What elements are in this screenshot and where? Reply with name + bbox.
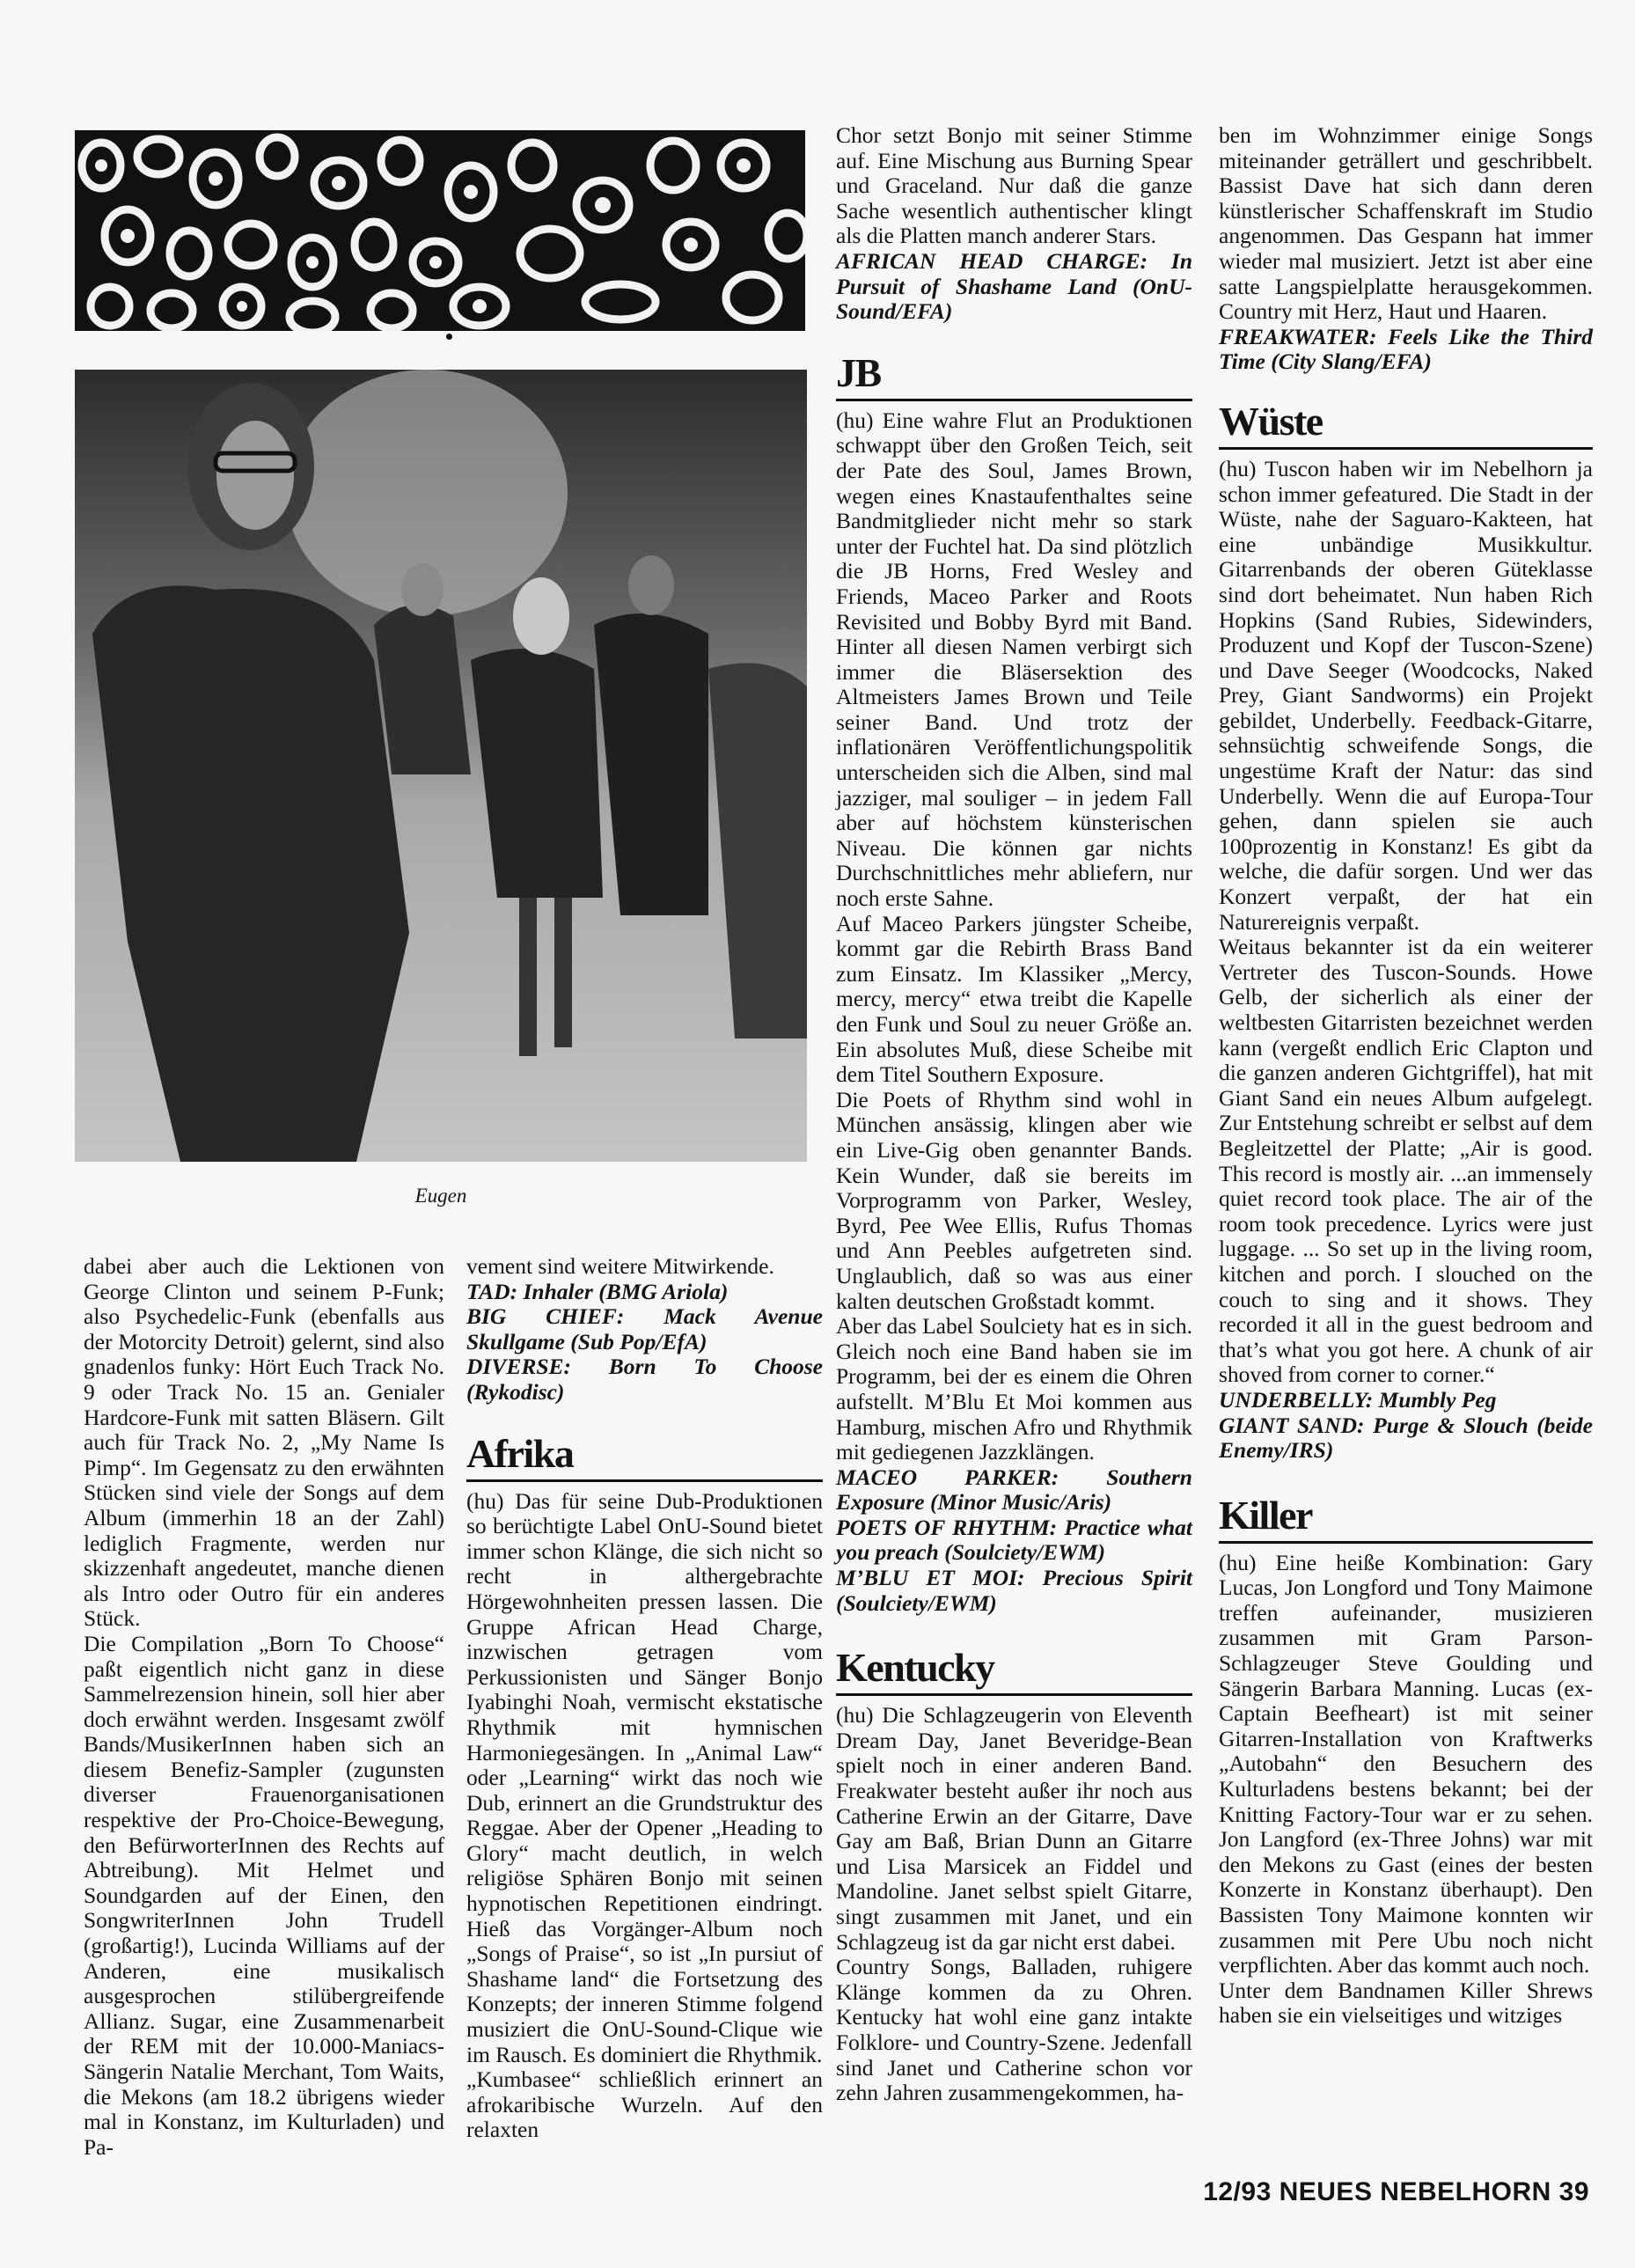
photo-caption: Eugen xyxy=(75,1185,807,1207)
review-credit: BIG CHIEF: Mack Avenue Skullgame (Sub Po… xyxy=(466,1304,823,1354)
paragraph: Unter dem Bandnamen Killer Shrews haben … xyxy=(1219,1978,1593,2029)
paragraph: dabei aber auch die Lektionen von George… xyxy=(84,1254,444,1632)
column-3: Chor setzt Bonjo mit seiner Stimme auf. … xyxy=(836,123,1192,2106)
decorative-dot xyxy=(446,334,452,340)
column-2: vement sind weitere Mitwirkende. TAD: In… xyxy=(466,1254,823,2143)
paragraph: Die Compilation „Born To Choose“ paßt ei… xyxy=(84,1632,444,2160)
paragraph: ben im Wohnzimmer einige Songs miteinand… xyxy=(1219,123,1593,325)
paragraph: (hu) Tuscon haben wir im Nebelhorn ja sc… xyxy=(1219,457,1593,935)
review-credit: GIANT SAND: Purge & Slouch (beide Enemy/… xyxy=(1219,1413,1593,1464)
paragraph: Aber das Label Soulciety hat es in sich.… xyxy=(836,1314,1192,1465)
section-heading-afrika: Afrika xyxy=(466,1432,823,1482)
paragraph: Auf Maceo Parkers jüngster Scheibe, komm… xyxy=(836,912,1192,1088)
paragraph: Weitaus bekannter ist da ein weiterer Ve… xyxy=(1219,935,1593,1388)
review-credit: POETS OF RHYTHM: Practice what you preac… xyxy=(836,1516,1192,1566)
review-credit: AFRICAN HEAD CHARGE: In Pursuit of Shash… xyxy=(836,249,1192,325)
page-footer: 12/93 NEUES NEBELHORN 39 xyxy=(1203,2177,1589,2207)
review-credit: TAD: Inhaler (BMG Ariola) xyxy=(466,1280,823,1305)
column-1: dabei aber auch die Lektionen von George… xyxy=(84,1254,444,2160)
section-heading-killer: Killer xyxy=(1219,1494,1593,1544)
paragraph: (hu) Eine heiße Kombination: Gary Lucas,… xyxy=(1219,1551,1593,1978)
review-credit: MACEO PARKER: Southern Exposure (Minor M… xyxy=(836,1465,1192,1516)
section-heading-jb: JB xyxy=(836,351,1192,401)
review-credit: FREAKWATER: Feels Like the Third Time (C… xyxy=(1219,325,1593,375)
review-credit: M’BLU ET MOI: Precious Spirit (Soulciety… xyxy=(836,1566,1192,1616)
paragraph: Country Songs, Balladen, ruhigere Klänge… xyxy=(836,1955,1192,2106)
paragraph: (hu) Eine wahre Flut an Produktionen sch… xyxy=(836,408,1192,912)
paragraph: (hu) Das für seine Dub-Produktionen so b… xyxy=(466,1489,823,2068)
section-heading-wueste: Wüste xyxy=(1219,400,1593,450)
band-photo xyxy=(75,370,807,1162)
paragraph: Chor setzt Bonjo mit seiner Stimme auf. … xyxy=(836,123,1192,249)
review-credit: DIVERSE: Born To Choose (Rykodisc) xyxy=(466,1354,823,1405)
psychedelic-pattern-image xyxy=(75,130,805,331)
paragraph: „Kumbasee“ schließlich erinnert an afrok… xyxy=(466,2067,823,2143)
section-heading-kentucky: Kentucky xyxy=(836,1646,1192,1696)
paragraph: vement sind weitere Mitwirkende. xyxy=(466,1254,823,1280)
band-photo-graphic xyxy=(75,370,807,1162)
paragraph: (hu) Die Schlagzeugerin von Eleventh Dre… xyxy=(836,1703,1192,1955)
pattern-graphic xyxy=(75,130,805,331)
review-credit: UNDERBELLY: Mumbly Peg xyxy=(1219,1388,1593,1413)
paragraph: Die Poets of Rhythm sind wohl in München… xyxy=(836,1088,1192,1314)
column-4: ben im Wohnzimmer einige Songs miteinand… xyxy=(1219,123,1593,2029)
